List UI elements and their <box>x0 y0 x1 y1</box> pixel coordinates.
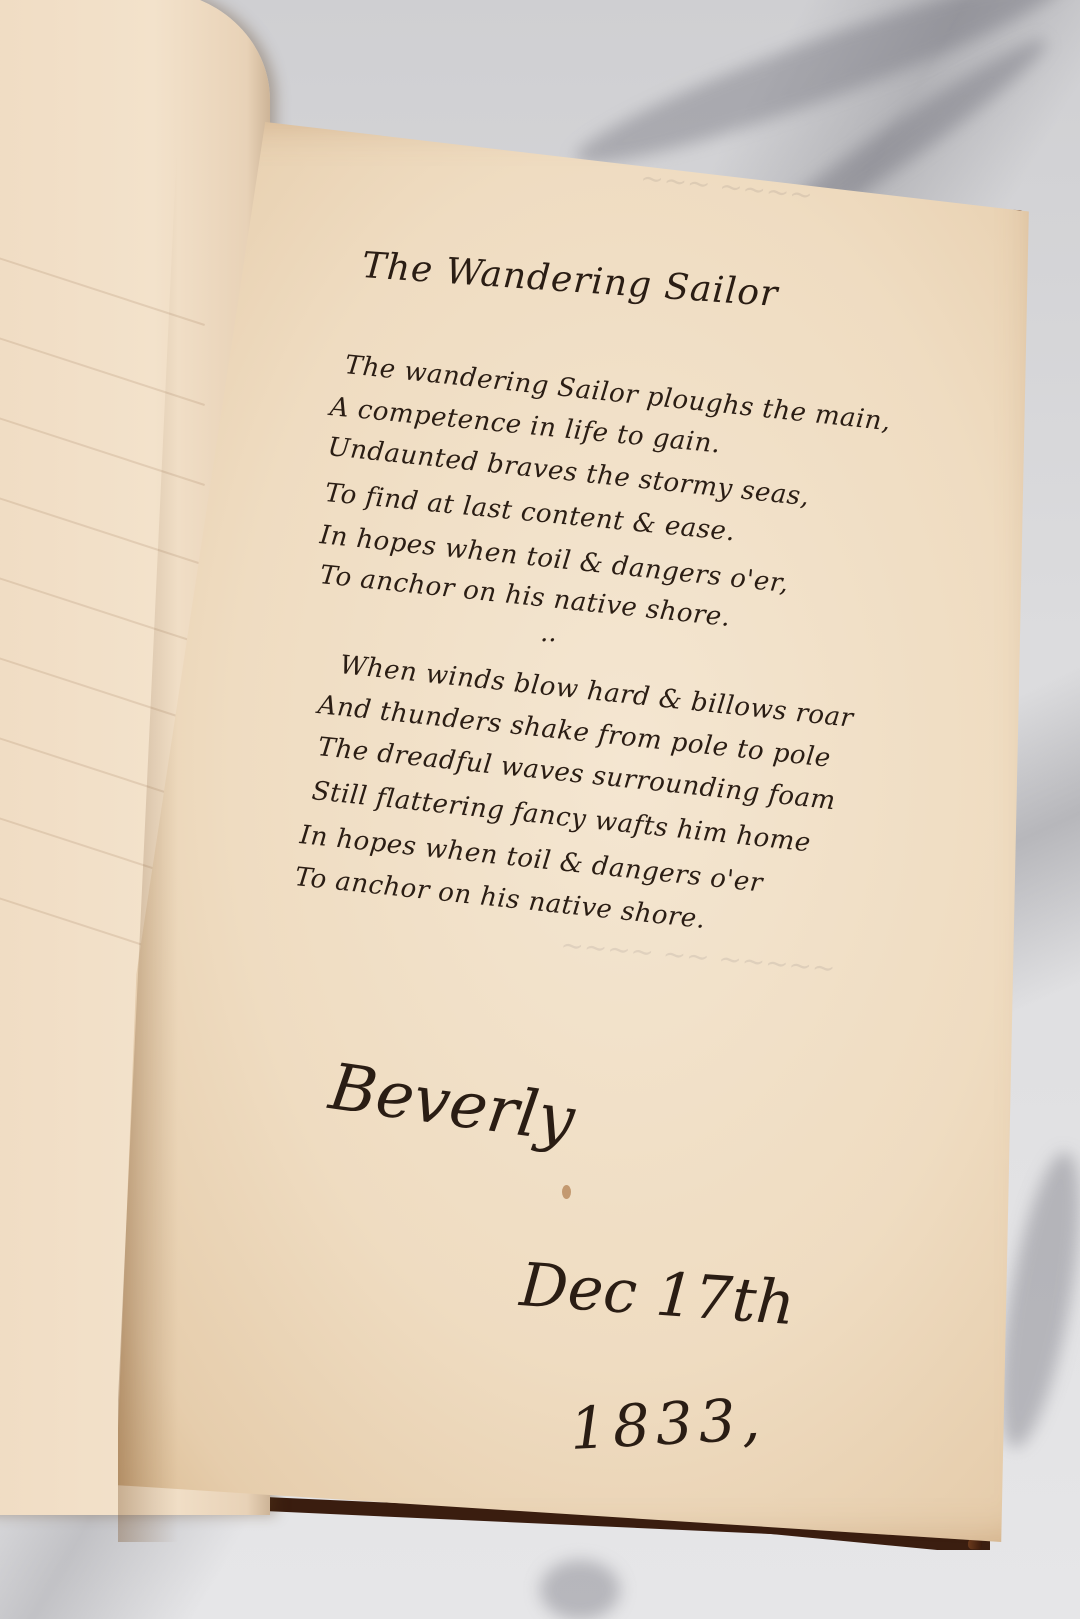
stanza-separator: .. <box>540 618 557 648</box>
signature-year: 1833, <box>568 1385 767 1463</box>
ink-stain <box>562 1185 571 1199</box>
marble-vein <box>565 0 1074 187</box>
marble-vein <box>540 1560 620 1619</box>
